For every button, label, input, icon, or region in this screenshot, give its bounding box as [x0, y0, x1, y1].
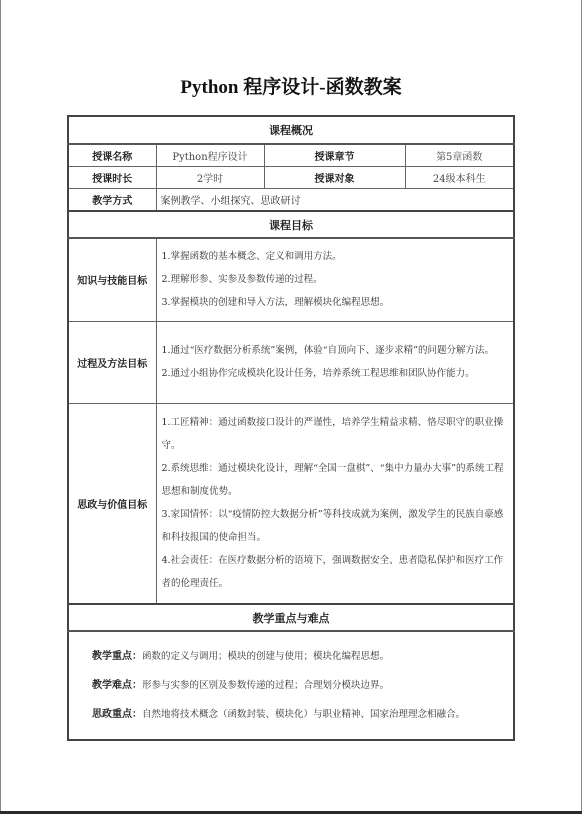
section-header-key-points: 教学重点与难点	[68, 604, 514, 631]
audience-value: 24级本科生	[405, 166, 514, 188]
course-name-value: Python程序设计	[156, 144, 264, 166]
objective-row-knowledge: 知识与技能目标 1.掌握函数的基本概念、定义和调用方法。 2.理解形参、实参及参…	[68, 238, 514, 321]
table-row: 授课名称 Python程序设计 授课章节 第5章函数	[68, 144, 514, 166]
key-point-item: 教学难点：形参与实参的区别及参数传递的过程；合理划分模块边界。	[92, 671, 513, 700]
table-row: 授课时长 2学时 授课对象 24级本科生	[68, 166, 514, 188]
objective-item: 4.社会责任：在医疗数据分析的语境下，强调数据安全、患者隐私保护和医疗工作者的伦…	[162, 549, 508, 595]
method-value: 案例教学、小组探究、思政研讨	[156, 188, 514, 211]
course-name-label: 授课名称	[68, 144, 156, 166]
key-point-item: 思政重点：自然地将技术概念（函数封装、模块化）与职业精神、国家治理理念相融合。	[92, 700, 513, 729]
objective-list: 1.通过“医疗数据分析系统”案例，体验“自顶向下、逐步求精”的问题分解方法。 2…	[156, 321, 514, 403]
lesson-plan-table: 课程概况 授课名称 Python程序设计 授课章节 第5章函数 授课时长 2学时…	[67, 115, 515, 741]
table-row: 教学方式 案例教学、小组探究、思政研讨	[68, 188, 514, 211]
objective-item: 2.理解形参、实参及参数传递的过程。	[162, 268, 508, 291]
section-header-objectives: 课程目标	[68, 211, 514, 238]
objective-item: 2.系统思维：通过模块化设计，理解“全国一盘棋”、“集中力量办大事”的系统工程思…	[162, 457, 508, 503]
document-title: Python 程序设计-函数教案	[0, 72, 582, 99]
section-header-overview: 课程概况	[68, 116, 514, 144]
chapter-label: 授课章节	[264, 144, 405, 166]
duration-label: 授课时长	[68, 166, 156, 188]
key-point-label: 教学重点：	[92, 651, 142, 662]
key-point-text: 函数的定义与调用；模块的创建与使用；模块化编程思想。	[142, 651, 389, 662]
objective-item: 2.通过小组协作完成模块化设计任务，培养系统工程思维和团队协作能力。	[162, 362, 508, 385]
objective-list: 1.工匠精神：通过函数接口设计的严谨性，培养学生精益求精、恪尽职守的职业操守。 …	[156, 403, 514, 604]
key-point-text: 形参与实参的区别及参数传递的过程；合理划分模块边界。	[142, 680, 389, 691]
objective-label: 知识与技能目标	[68, 238, 156, 321]
key-point-label: 思政重点：	[92, 709, 142, 720]
objectives-heading: 课程目标	[68, 211, 514, 238]
key-point-item: 教学重点：函数的定义与调用；模块的创建与使用；模块化编程思想。	[92, 642, 513, 671]
objective-row-values: 思政与价值目标 1.工匠精神：通过函数接口设计的严谨性，培养学生精益求精、恪尽职…	[68, 403, 514, 604]
overview-heading: 课程概况	[68, 116, 514, 144]
key-point-text: 自然地将技术概念（函数封装、模块化）与职业精神、国家治理理念相融合。	[142, 709, 465, 720]
key-points-row: 教学重点：函数的定义与调用；模块的创建与使用；模块化编程思想。 教学难点：形参与…	[68, 631, 514, 740]
objective-item: 1.工匠精神：通过函数接口设计的严谨性，培养学生精益求精、恪尽职守的职业操守。	[162, 411, 508, 457]
method-label: 教学方式	[68, 188, 156, 211]
objective-item: 1.掌握函数的基本概念、定义和调用方法。	[162, 245, 508, 268]
objective-label: 思政与价值目标	[68, 403, 156, 604]
objective-label: 过程及方法目标	[68, 321, 156, 403]
objective-item: 3.掌握模块的创建和导入方法，理解模块化编程思想。	[162, 291, 508, 314]
objective-list: 1.掌握函数的基本概念、定义和调用方法。 2.理解形参、实参及参数传递的过程。 …	[156, 238, 514, 321]
audience-label: 授课对象	[264, 166, 405, 188]
duration-value: 2学时	[156, 166, 264, 188]
key-points-heading: 教学重点与难点	[68, 604, 514, 631]
key-point-label: 教学难点：	[92, 680, 142, 691]
chapter-value: 第5章函数	[405, 144, 514, 166]
key-points-list: 教学重点：函数的定义与调用；模块的创建与使用；模块化编程思想。 教学难点：形参与…	[68, 631, 514, 740]
objective-item: 3.家国情怀：以“疫情防控大数据分析”等科技成就为案例，激发学生的民族自豪感和科…	[162, 503, 508, 549]
objective-item: 1.通过“医疗数据分析系统”案例，体验“自顶向下、逐步求精”的问题分解方法。	[162, 339, 508, 362]
objective-row-process: 过程及方法目标 1.通过“医疗数据分析系统”案例，体验“自顶向下、逐步求精”的问…	[68, 321, 514, 403]
